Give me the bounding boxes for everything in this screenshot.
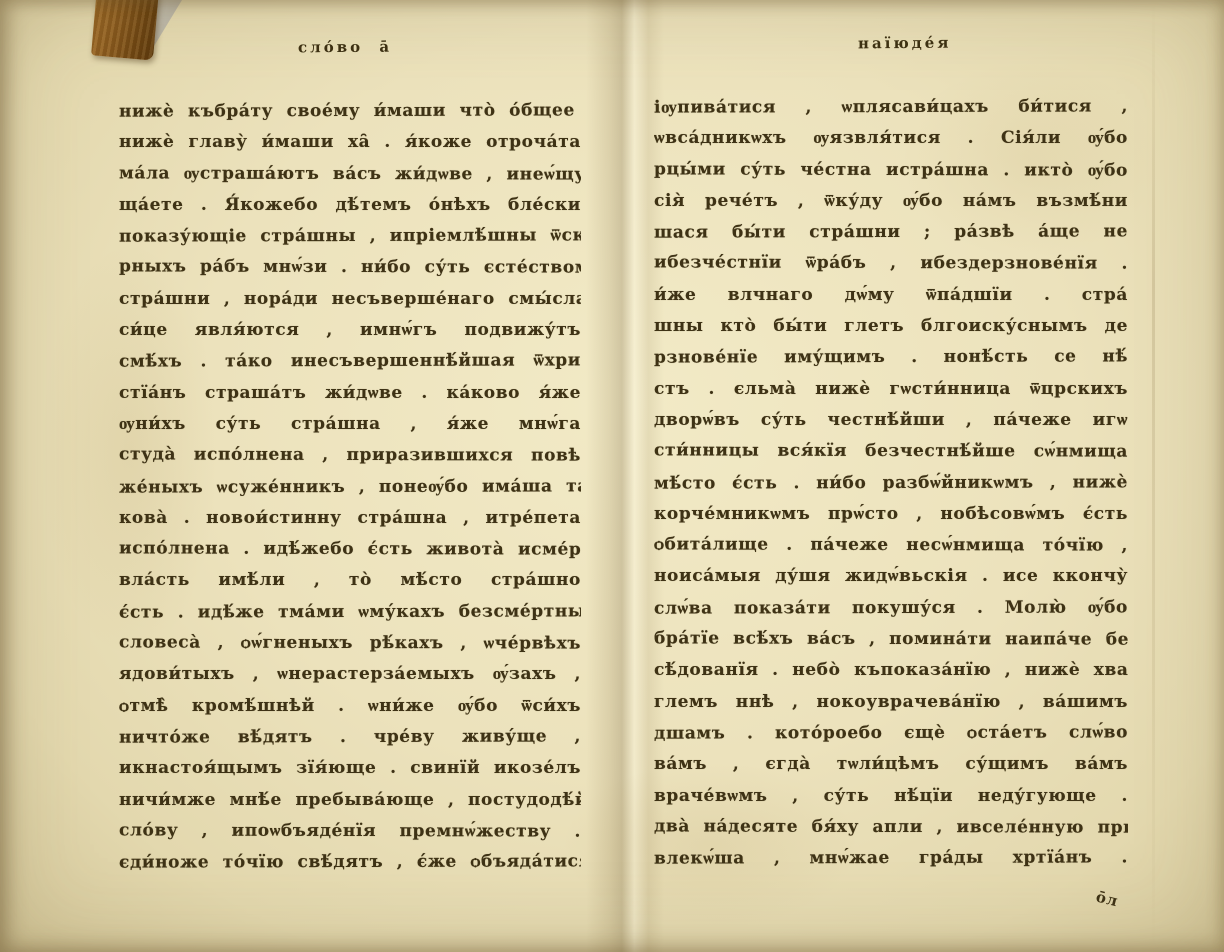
text-line: кова̀ . новои́стинну стра́шна , итре́пет… [119, 503, 581, 534]
text-line: ибезче́стнїи ѿра́бъ , ибездерзнове́нїя . [654, 248, 1128, 281]
text-line: дшамъ . кото́роебо єщѐ ѻста́етъ слѡ́во [654, 717, 1128, 750]
text-line: ѡвса́дникѡхъ ѹязвля́тися . Сія́ли ѹ́бо [654, 123, 1128, 154]
text-line: же́ныхъ ѡсуже́нникъ , понеѹ́бо има́ша та [119, 471, 581, 504]
text-line: ѻбита́лище . па́чеже несѡ́нмища то́чїю , [654, 530, 1128, 563]
text-line: мѣ́сто є́сть . ни́бо разбѡ́йникѡмъ , ниж… [654, 467, 1128, 500]
text-line: студа̀ испо́лнена , приразившихся повѣ [119, 440, 581, 473]
text-line: вла́сть имѣ́ли , то̀ мѣ́сто стра́шно [119, 565, 581, 596]
text-line: показу́ющіе стра́шны , ипріемлѣ́шны ѿскв… [119, 221, 581, 254]
text-line: сти́нницы вся́кїя безчестнѣ́йше сѡ́нмища [654, 436, 1128, 469]
text-line: глемъ ннѣ , нокоуврачева́нїю , ва́шимъ [654, 687, 1128, 718]
text-line: ма́ла ѹстраша́ютъ ва́съ жи́дѡве , инеѡ́щ… [119, 158, 581, 191]
text-line: ща́ете . Я́кожебо дѣ́темъ о́нѣхъ бле́ски [119, 190, 581, 221]
text-line: сія̀ рече́тъ , ѿку́ду ѹ́бо на́мъ възмѣ́н… [654, 186, 1128, 217]
text-line: и́же влчнаго дѡ́му ѿпа́дшїи . стра́ [654, 280, 1128, 311]
left-page-header: сло́во а̄ [298, 38, 392, 57]
text-line: смѣ́хъ . та́ко инесъвершеннѣ́йшая ѿхри [119, 346, 581, 379]
text-line: єди́ноже то́чїю свѣ́дятъ , є́же ѻбъяда́т… [119, 847, 581, 880]
text-line: влекѡ́ша , мнѡ́жае гра́ды хртїа́нъ . [654, 843, 1128, 876]
text-line: бра́тїе всѣ́хъ ва́съ , помина́ти наипа́ч… [654, 623, 1128, 656]
text-line: шны кто̀ бы́ти глетъ блгоиску́снымъ де [654, 311, 1128, 342]
text-line: си́це явля́ются , имнѡ́гъ подвижу́тъ [119, 315, 581, 346]
text-line: стра́шни , нора́ди несъверше́наго смы́сл… [119, 284, 581, 315]
text-line: ничто́же вѣ́дятъ . чре́ву живу́ще , [119, 721, 581, 754]
text-line: нижѐ къбра́ту свое́му и́маши что̀ о́бщее… [119, 95, 581, 128]
text-line: два̀ на́десяте бя́ху апли , ивселе́нную … [654, 811, 1128, 844]
text-line: дворѡ́въ су́ть честнѣ́йши , па́чеже игѡ [654, 405, 1128, 436]
signature-mark: о̄л [1094, 888, 1120, 911]
text-line: стъ . єльма̀ нижѐ гѡсти́нница ѿцрскихъ [654, 374, 1128, 405]
text-line: корче́мникѡмъ прѡ́сто , нобѣсовѡ́мъ є́ст… [654, 499, 1128, 530]
text-line: ядови́тыхъ , ѡнерастерза́емыхъ ѹ́захъ , [119, 659, 581, 690]
text-line: слѡ́ва показа́ти покушу́ся . Молю̀ ѹ́бо [654, 592, 1128, 625]
text-line: рзнове́нїе иму́щимъ . нонѣ́сть се нѣ́ [654, 342, 1128, 375]
text-line: ѻтмѣ̀ кромѣ́шнѣй . ѡни́же ѹ́бо ѿси́хъ [119, 691, 581, 722]
right-page-header: наїюде́я [858, 34, 952, 53]
text-line: іѹпива́тися , ѡплясави́цахъ би́тися , [654, 91, 1128, 124]
text-line: ноиса́мыя ду́шя жидѡ́вьскія . исе ккончу… [654, 561, 1128, 592]
text-line: испо́лнена . идѣ́жебо є́сть живота̀ исме… [119, 534, 581, 567]
text-line: нижѐ главу̀ и́маши ха̑ . я́коже отроча́т… [119, 127, 581, 158]
text-line: сѣ́дованїя . небо̀ къпоказа́нїю , нижѐ х… [654, 655, 1128, 686]
text-line: словеса̀ , ѻѡ́гненыхъ рѣ́кахъ , ѡче́рвѣх… [119, 627, 581, 660]
text-line: ничи́мже мнѣ́е пребыва́юще , постудодѣ́й… [119, 785, 581, 816]
book-scan: сло́во а̄ нижѐ къбра́ту свое́му и́маши ч… [0, 0, 1224, 952]
text-line: ѹни́хъ су́ть стра́шна , я́же мнѡ́га [119, 409, 581, 440]
page-crease [1152, 0, 1155, 952]
right-text-column: іѹпива́тися , ѡплясави́цахъ би́тися ,ѡвс… [654, 92, 1128, 874]
text-line: враче́вѡмъ , су́ть нѣ́цїи неду́гующе . [654, 781, 1128, 812]
text-line: икнастоя́щымъ зїя́юще . свинїй икозе́лъ [119, 753, 581, 784]
text-line: ва́мъ , єгда̀ тѡли́цѣмъ су́щимъ ва́мъ [654, 749, 1128, 780]
text-line: рныхъ ра́бъ мнѡ́зи . ни́бо су́ть єсте́ст… [119, 252, 581, 285]
left-text-column: нижѐ къбра́ту свое́му и́маши что̀ о́бщее… [119, 96, 581, 878]
text-line: шася бы́ти стра́шни ; ра́звѣ а́ще не [654, 217, 1128, 250]
wooden-bookmark [91, 0, 159, 61]
gutter-shadow [586, 0, 664, 952]
text-line: рцы́ми су́ть че́стна истра́шна . икто̀ ѹ… [654, 154, 1128, 187]
text-line: сло́ву , ипоѡбъяде́нїя премнѡ́жеству . [119, 815, 581, 848]
text-line: є́сть . идѣ́же тма́ми ѡму́кахъ безсме́рт… [119, 596, 581, 629]
text-line: стїа́нъ страша́тъ жи́дѡве . ка́ково я́же [119, 378, 581, 409]
